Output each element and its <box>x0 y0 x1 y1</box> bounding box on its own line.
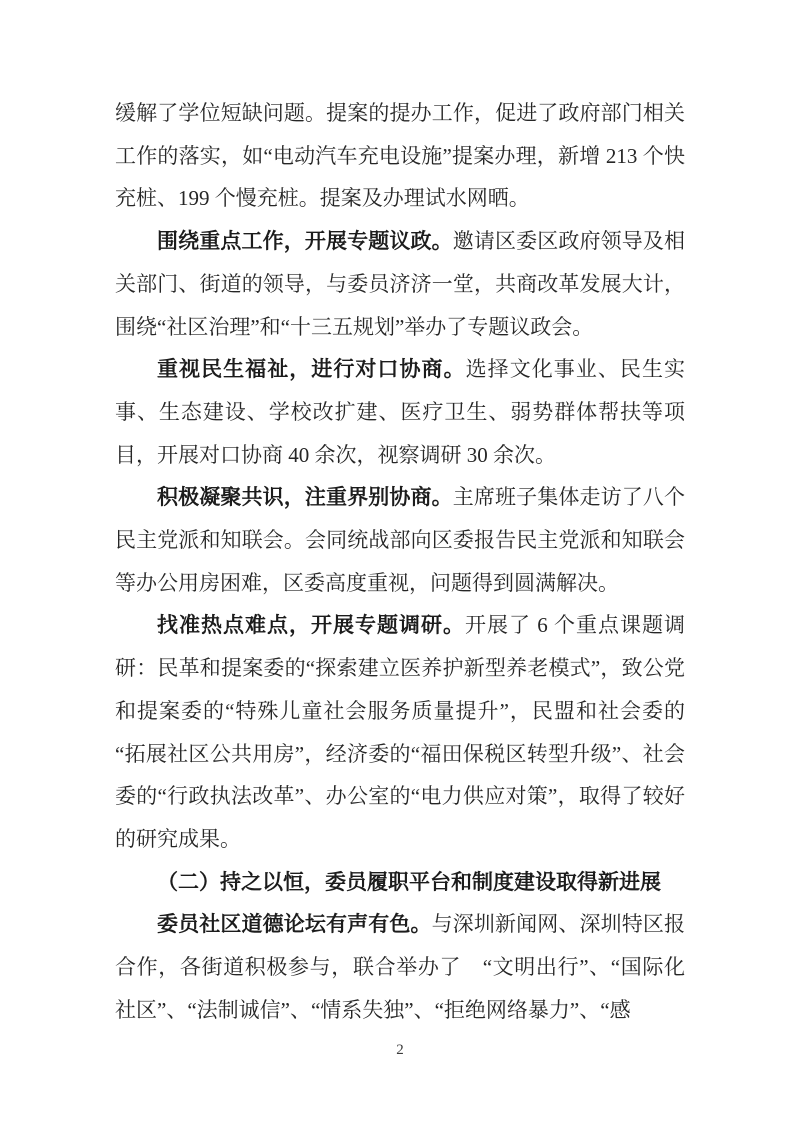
page-number: 2 <box>0 1040 800 1060</box>
section-heading: （二）持之以恒，委员履职平台和制度建设取得新进展 <box>115 861 685 904</box>
section-heading-text: （二）持之以恒，委员履职平台和制度建设取得新进展 <box>157 870 661 894</box>
document-body: 缓解了学位短缺问题。提案的提办工作，促进了政府部门相关工作的落实，如“电动汽车充… <box>115 92 685 1031</box>
paragraph-1: 缓解了学位短缺问题。提案的提办工作，促进了政府部门相关工作的落实，如“电动汽车充… <box>115 92 685 220</box>
paragraph-2-heading: 围绕重点工作，开展专题议政。 <box>157 229 453 253</box>
paragraph-5: 找准热点难点，开展专题调研。开展了 6 个重点课题调研：民革和提案委的“探索建立… <box>115 604 685 860</box>
paragraph-3: 重视民生福祉，进行对口协商。选择文化事业、民生实事、生态建设、学校改扩建、医疗卫… <box>115 348 685 476</box>
document-page: 缓解了学位短缺问题。提案的提办工作，促进了政府部门相关工作的落实，如“电动汽车充… <box>0 0 800 1131</box>
paragraph-5-heading: 找准热点难点，开展专题调研。 <box>157 613 465 637</box>
paragraph-7-heading: 委员社区道德论坛有声有色。 <box>157 912 432 936</box>
paragraph-2: 围绕重点工作，开展专题议政。邀请区委区政府领导及相关部门、街道的领导，与委员济济… <box>115 220 685 348</box>
paragraph-4-heading: 积极凝聚共识，注重界别协商。 <box>157 485 453 509</box>
paragraph-1-text: 缓解了学位短缺问题。提案的提办工作，促进了政府部门相关工作的落实，如“电动汽车充… <box>115 101 685 210</box>
paragraph-7: 委员社区道德论坛有声有色。与深圳新闻网、深圳特区报合作，各街道积极参与，联合举办… <box>115 903 685 1031</box>
paragraph-5-text: 开展了 6 个重点课题调研：民革和提案委的“探索建立医养护新型养老模式”，致公党… <box>115 613 685 851</box>
paragraph-4: 积极凝聚共识，注重界别协商。主席班子集体走访了八个民主党派和知联会。会同统战部向… <box>115 476 685 604</box>
paragraph-3-heading: 重视民生福祉，进行对口协商。 <box>157 357 466 381</box>
